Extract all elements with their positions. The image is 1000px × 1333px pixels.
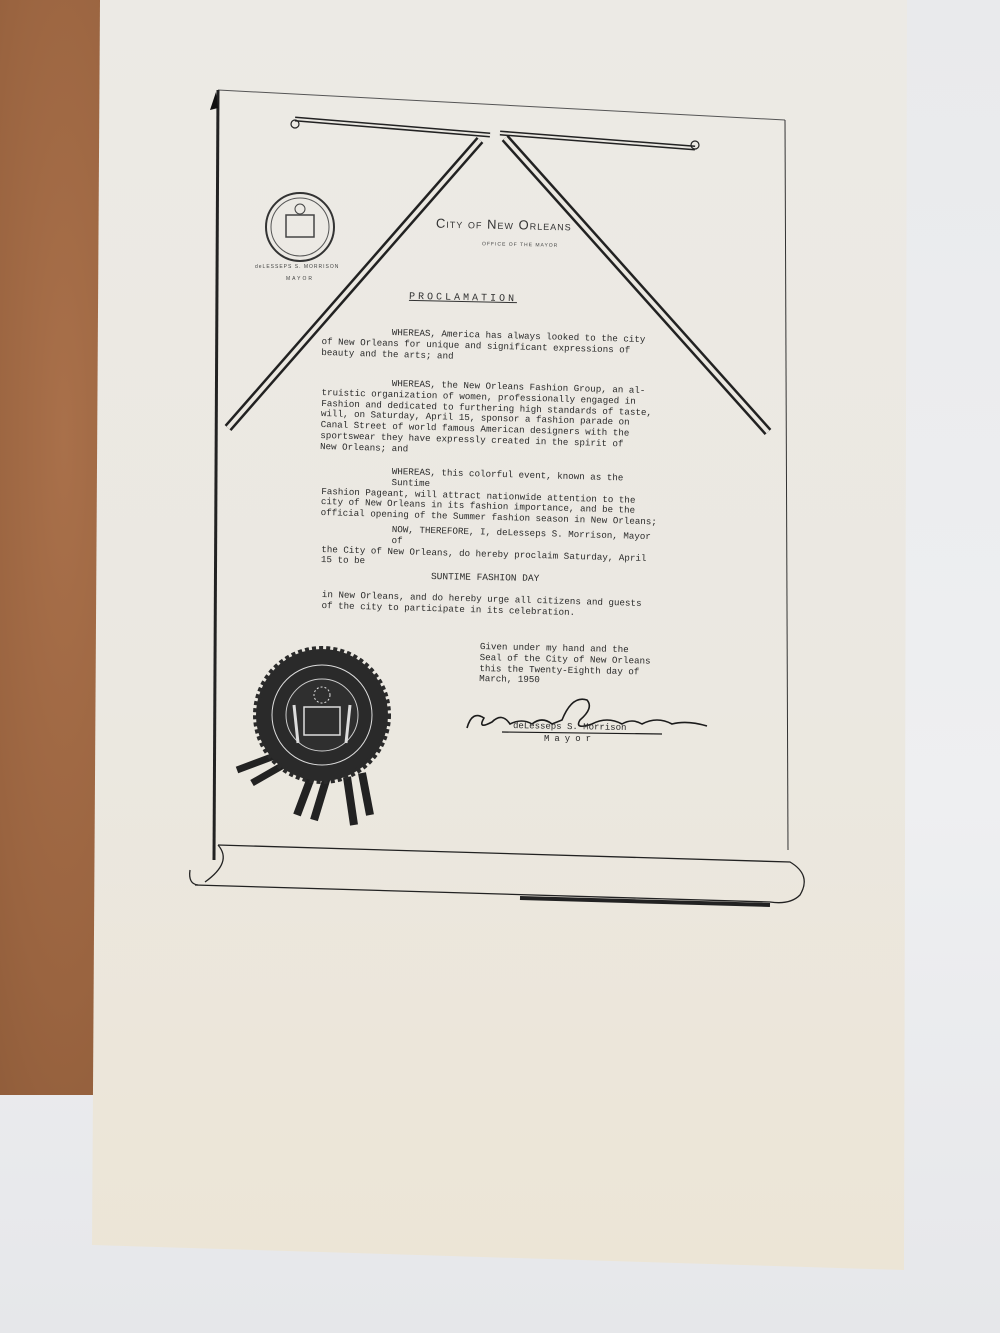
- proclaimed-day: SUNTIME FASHION DAY: [431, 571, 540, 584]
- given-under-block: Given under my hand and the Seal of the …: [479, 642, 680, 689]
- letterhead-title: City of New Orleans: [436, 216, 572, 234]
- signatory-title: Mayor: [544, 734, 596, 744]
- whereas-paragraph-3: WHEREAS, this colorful event, known as t…: [320, 465, 661, 528]
- letterhead-city-seal: [266, 193, 334, 261]
- scroll-bottom-roll: [190, 845, 805, 905]
- letterhead-mayor-name: deLESSEPS S. MORRISON: [255, 264, 339, 270]
- official-mayoralty-seal: [237, 649, 388, 825]
- ribbon-rod-left: [291, 119, 490, 135]
- signatory-name: deLesseps S. Morrison: [513, 721, 627, 733]
- proclamation-heading: PROCLAMATION: [409, 292, 517, 305]
- letterhead-mayor-title: MAYOR: [286, 276, 314, 282]
- ribbon-rod-right: [500, 133, 699, 149]
- whereas-paragraph-2: WHEREAS, the New Orleans Fashion Group, …: [320, 377, 662, 462]
